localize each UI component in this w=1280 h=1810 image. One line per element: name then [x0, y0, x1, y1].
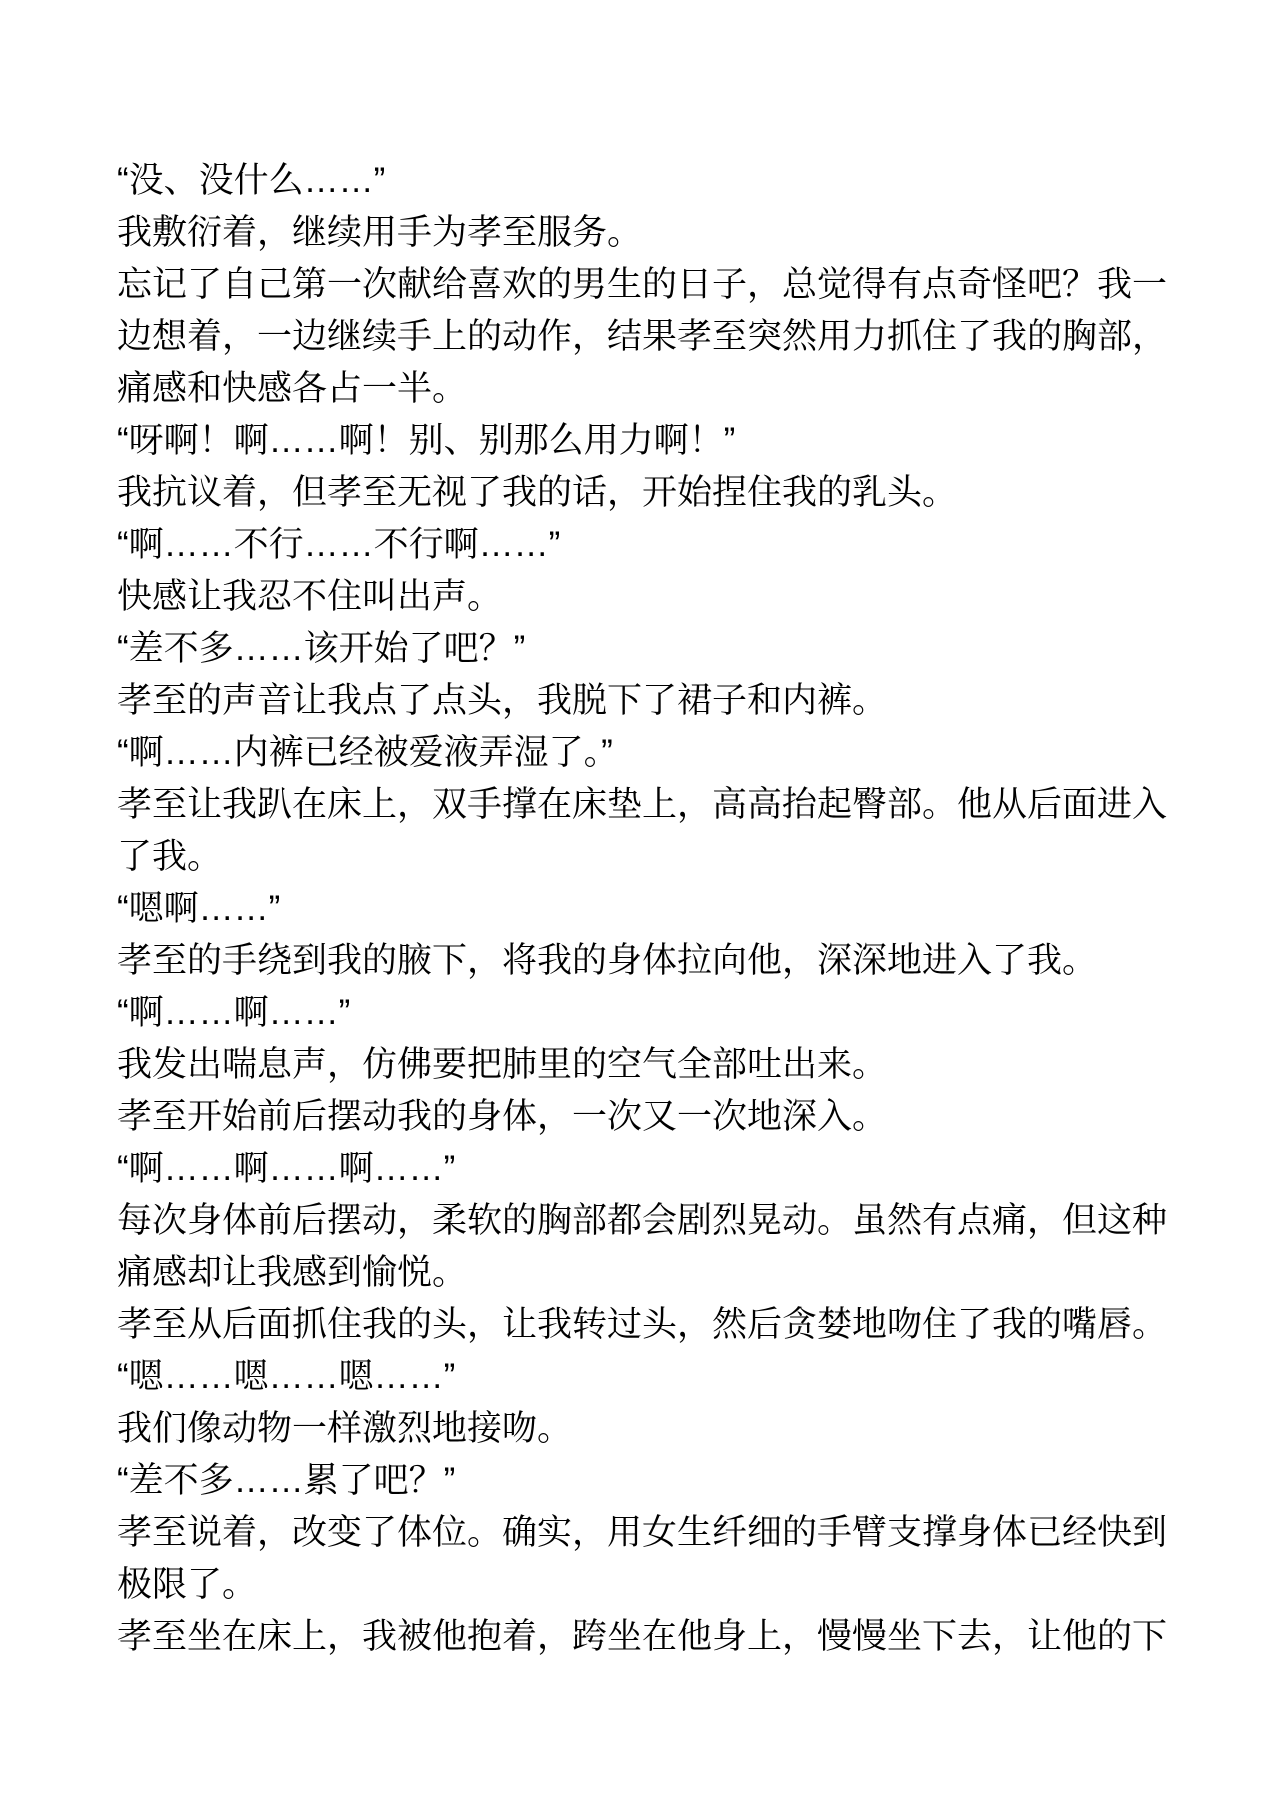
paragraph: 孝至坐在床上，我被他抱着，跨坐在他身上，慢慢坐下去，让他的下: [117, 1611, 1173, 1663]
paragraph: “嗯啊……”: [117, 883, 1173, 935]
paragraph: 快感让我忍不住叫出声。: [117, 571, 1173, 623]
paragraph: 孝至的手绕到我的腋下，将我的身体拉向他，深深地进入了我。: [117, 935, 1173, 987]
paragraph: 我敷衍着，继续用手为孝至服务。: [117, 207, 1173, 259]
paragraph: 孝至开始前后摆动我的身体，一次又一次地深入。: [117, 1091, 1173, 1143]
paragraph: 孝至说着，改变了体位。确实，用女生纤细的手臂支撑身体已经快到极限了。: [117, 1507, 1173, 1611]
paragraph: 每次身体前后摆动，柔软的胸部都会剧烈晃动。虽然有点痛，但这种痛感却让我感到愉悦。: [117, 1195, 1173, 1299]
paragraph: “嗯……嗯……嗯……”: [117, 1351, 1173, 1403]
paragraph: 忘记了自己第一次献给喜欢的男生的日子，总觉得有点奇怪吧？我一边想着，一边继续手上…: [117, 259, 1173, 415]
paragraph: 我们像动物一样激烈地接吻。: [117, 1403, 1173, 1455]
paragraph: “啊……啊……”: [117, 987, 1173, 1039]
paragraph: 孝至从后面抓住我的头，让我转过头，然后贪婪地吻住了我的嘴唇。: [117, 1299, 1173, 1351]
paragraph: “呀啊！啊……啊！别、别那么用力啊！”: [117, 415, 1173, 467]
paragraph: “啊……啊……啊……”: [117, 1143, 1173, 1195]
paragraph: “差不多……累了吧？”: [117, 1455, 1173, 1507]
paragraph: 我抗议着，但孝至无视了我的话，开始捏住我的乳头。: [117, 467, 1173, 519]
paragraph: 我发出喘息声，仿佛要把肺里的空气全部吐出来。: [117, 1039, 1173, 1091]
text-block: “没、没什么……” 我敷衍着，继续用手为孝至服务。 忘记了自己第一次献给喜欢的男…: [117, 155, 1173, 1663]
document-page: “没、没什么……” 我敷衍着，继续用手为孝至服务。 忘记了自己第一次献给喜欢的男…: [0, 0, 1280, 1810]
paragraph: “啊……不行……不行啊……”: [117, 519, 1173, 571]
paragraph: 孝至让我趴在床上，双手撑在床垫上，高高抬起臀部。他从后面进入了我。: [117, 779, 1173, 883]
paragraph: “没、没什么……”: [117, 155, 1173, 207]
paragraph: “啊……内裤已经被爱液弄湿了。”: [117, 727, 1173, 779]
paragraph: 孝至的声音让我点了点头，我脱下了裙子和内裤。: [117, 675, 1173, 727]
paragraph: “差不多……该开始了吧？”: [117, 623, 1173, 675]
